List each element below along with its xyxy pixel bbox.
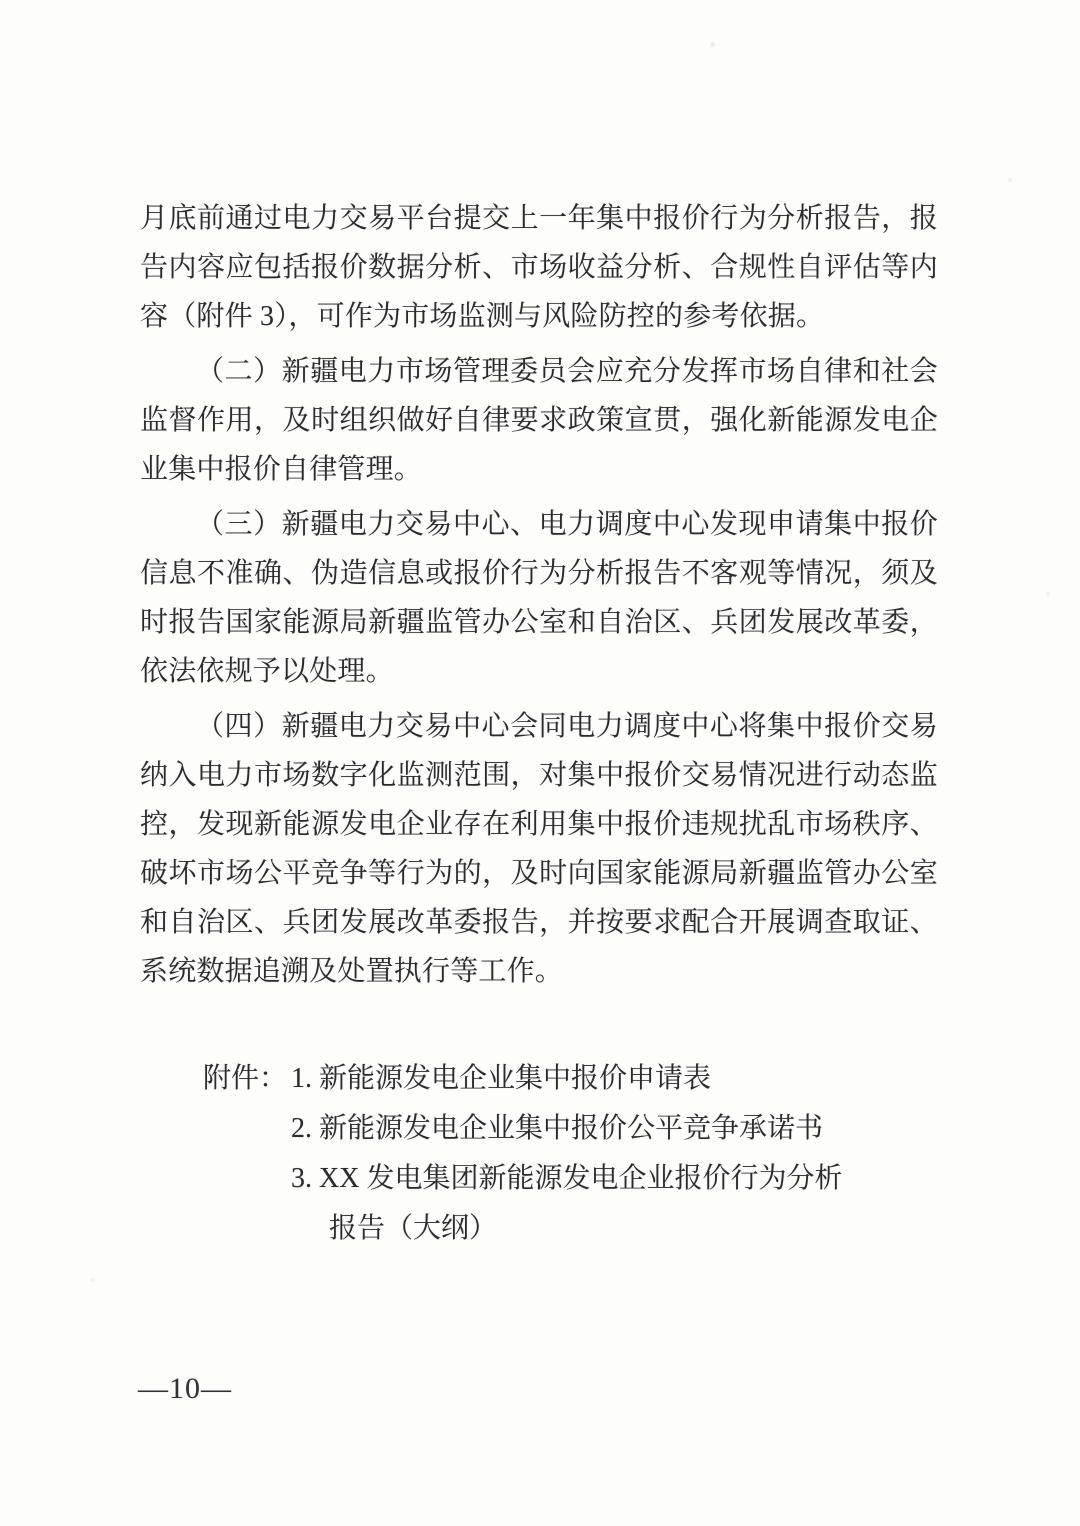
body-line: 纳入电力市场数字化监测范围，对集中报价交易情况进行动态监 (140, 751, 938, 800)
paragraph-3: （三）新疆电力交易中心、电力调度中心发现申请集中报价 信息不准确、伪造信息或报价… (140, 500, 938, 696)
body-line: 监督作用，及时组织做好自律要求政策宣贯，强化新能源发电企 (140, 396, 938, 445)
body-line: （四）新疆电力交易中心会同电力调度中心将集中报价交易 (140, 702, 938, 751)
scan-speck (1008, 178, 1012, 182)
attachments-label: 附件： (203, 1054, 287, 1104)
attachment-item-2: 2. 新能源发电企业集中报价公平竞争承诺书 (291, 1104, 940, 1154)
paragraph-2: （二）新疆电力市场管理委员会应充分发挥市场自律和社会 监督作用，及时组织做好自律… (140, 347, 938, 494)
body-line: 和自治区、兵团发展改革委报告，并按要求配合开展调查取证、 (140, 898, 938, 947)
body-line: 控，发现新能源发电企业存在利用集中报价违规扰乱市场秩序、 (140, 800, 938, 849)
body-line: （三）新疆电力交易中心、电力调度中心发现申请集中报价 (140, 500, 938, 549)
scan-speck (710, 42, 715, 47)
body-line: （二）新疆电力市场管理委员会应充分发挥市场自律和社会 (140, 347, 938, 396)
body-line: 依法依规予以处理。 (140, 647, 938, 696)
body-line: 信息不准确、伪造信息或报价行为分析报告不客观等情况，须及 (140, 549, 938, 598)
attachment-item-3: 3. XX 发电集团新能源发电企业报价行为分析 (291, 1154, 940, 1204)
scan-speck (90, 1278, 95, 1282)
body-line: 月底前通过电力交易平台提交上一年集中报价行为分析报告，报 (140, 194, 938, 243)
attachments-list: 1. 新能源发电企业集中报价申请表 2. 新能源发电企业集中报价公平竞争承诺书 … (287, 1054, 940, 1254)
body-line: 告内容应包括报价数据分析、市场收益分析、合规性自评估等内 (140, 243, 938, 292)
body-line: 业集中报价自律管理。 (140, 445, 938, 494)
scan-speck (1046, 592, 1050, 596)
paragraph-4: （四）新疆电力交易中心会同电力调度中心将集中报价交易 纳入电力市场数字化监测范围… (140, 702, 938, 996)
attachment-item-1: 1. 新能源发电企业集中报价申请表 (291, 1054, 940, 1104)
document-body: 月底前通过电力交易平台提交上一年集中报价行为分析报告，报 告内容应包括报价数据分… (140, 194, 938, 996)
body-line: 系统数据追溯及处置执行等工作。 (140, 947, 938, 996)
page-number: —10— (138, 1372, 232, 1406)
body-line: 容（附件 3），可作为市场监测与风险防控的参考依据。 (140, 292, 938, 341)
attachment-item-3-continuation: 报告（大纲） (291, 1204, 940, 1254)
paragraph-1: 月底前通过电力交易平台提交上一年集中报价行为分析报告，报 告内容应包括报价数据分… (140, 194, 938, 341)
attachments-section: 附件： 1. 新能源发电企业集中报价申请表 2. 新能源发电企业集中报价公平竞争… (140, 1054, 940, 1254)
body-line: 破坏市场公平竞争等行为的，及时向国家能源局新疆监管办公室 (140, 849, 938, 898)
document-page: 月底前通过电力交易平台提交上一年集中报价行为分析报告，报 告内容应包括报价数据分… (0, 0, 1080, 1526)
body-line: 时报告国家能源局新疆监管办公室和自治区、兵团发展改革委， (140, 598, 938, 647)
